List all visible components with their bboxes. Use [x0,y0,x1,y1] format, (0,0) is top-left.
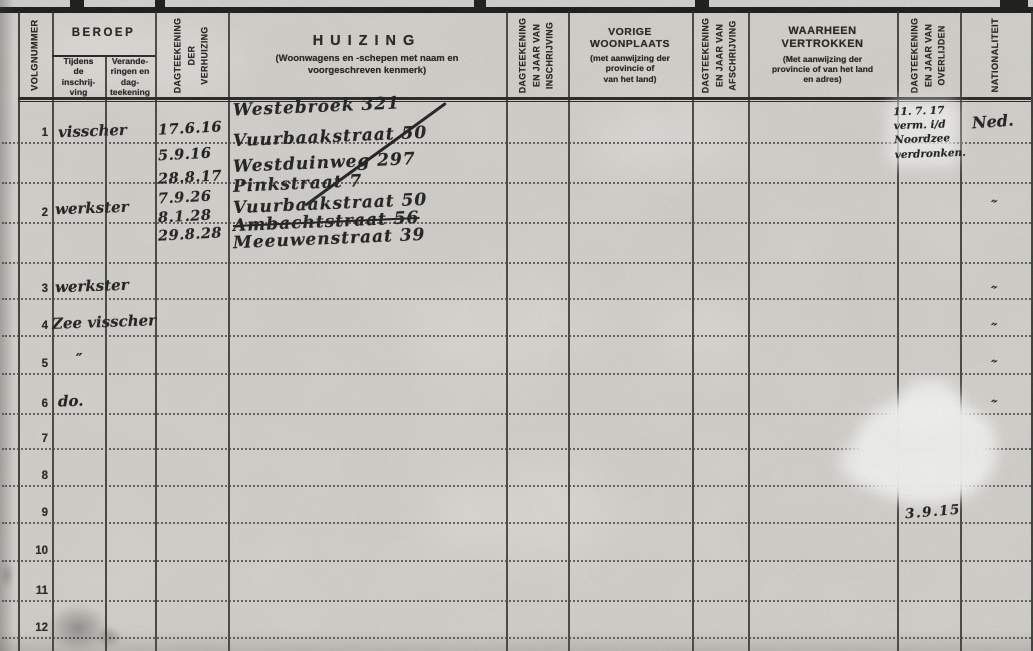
beroep-subheader-tijdens: Tijdens de inschrij- ving [52,56,105,97]
header-bottom-rule-thin [18,101,1031,102]
nationality-ditto-mark: ″ [988,397,998,414]
moving-date-entry: 8.1.28 [158,207,212,227]
beroep-entry: Zee visscher [52,311,157,333]
col-header-verhuizing-label: DAGTEEKENING DER VERHUIZING [171,17,212,93]
row-number: 8 [20,470,48,482]
beroep-entry: ″ [76,350,83,368]
beroep-subheader-veranderingen-label: Verande- ringen en dag- teekening [110,56,150,97]
binder-tick [70,0,84,8]
row-rule-line [2,262,1031,264]
col-header-vorige-woonplaats: VORIGE WOONPLAATS (met aanwijzing der pr… [568,13,692,97]
row-number: 3 [20,283,48,295]
ink-smudge [96,626,122,648]
row-rule-line [2,222,1031,224]
row-number: 10 [20,545,48,557]
column-rule [506,11,508,651]
col-header-inschrijving-label: DAGTEEKENING EN JAAR VAN INSCHRIJVING [517,17,558,93]
row-number: 2 [20,207,48,219]
col-header-verhuizing: DAGTEEKENING DER VERHUIZING [155,13,228,97]
beroep-entry: werkster [55,198,129,219]
death-note: 11. 7. 17 verm. i/d Noordzee verdronken. [893,103,966,162]
row-number: 9 [20,507,48,519]
row-rule-line [2,373,1031,375]
paper-light-patch [430,470,630,560]
col-header-nationaliteit-label: NATIONALITEIT [988,18,1002,92]
row-number: 11 [20,585,48,597]
binder-tick [474,0,486,8]
column-rule [568,11,570,651]
row-rule-line [2,600,1031,602]
col-header-huizing: HUIZING (Woonwagens en -schepen met naam… [228,13,506,97]
col-header-overlijden-label: DAGTEEKENING EN JAAR VAN OVERLIJDEN [908,17,949,93]
row-rule-line [2,560,1031,562]
row-number: 4 [20,320,48,332]
nationality-ditto-mark: ″ [988,357,998,374]
binder-tick [155,0,165,7]
beroep-entry: visscher [58,121,127,141]
row-number: 6 [20,398,48,410]
page-edge-shadow [0,0,14,651]
col-header-inschrijving: DAGTEEKENING EN JAAR VAN INSCHRIJVING [506,13,568,97]
row-number: 12 [20,622,48,634]
moving-date-entry: 28.8.17 [158,167,223,187]
row-rule-line [2,142,1031,144]
col-header-huizing-sub: (Woonwagens en -schepen met naam en voor… [275,53,458,77]
death-date-entry: 3.9.15 [904,502,961,523]
col-header-overlijden: DAGTEEKENING EN JAAR VAN OVERLIJDEN [897,13,960,97]
col-header-afschrijving: DAGTEEKENING EN JAAR VAN AFSCHRIJVING [692,13,748,97]
binder-tick [695,0,709,9]
ink-smudge [0,560,14,590]
binder-tick [1000,0,1028,9]
beroep-entry: do. [58,392,84,411]
col-header-volgnummer: VOLGNUMMER [18,13,52,97]
col-header-vorige-woonplaats-label: VORIGE WOONPLAATS [590,26,670,50]
white-out-blob [840,440,900,485]
col-header-nationaliteit: NATIONALITEIT [960,13,1031,97]
row-rule-line [2,637,1031,639]
col-header-afschrijving-label: DAGTEEKENING EN JAAR VAN AFSCHRIJVING [700,17,741,93]
col-header-waarheen-sub: (Met aanwijzing der provincie of van het… [772,54,873,85]
col-header-waarheen: WAARHEEN VERTROKKEN (Met aanwijzing der … [748,13,897,97]
moving-date-entry: 7.9.26 [158,188,212,208]
scanned-register-page: 123456789101112 VOLGNUMMER BEROEP Tijden… [0,0,1033,651]
row-rule-line [2,335,1031,337]
row-number: 5 [20,358,48,370]
column-rule [228,11,230,651]
col-header-volgnummer-label: VOLGNUMMER [28,19,42,90]
column-rule [748,11,750,651]
beroep-entry: werkster [55,276,129,297]
row-rule-line [2,298,1031,300]
white-out-blob [900,380,960,430]
moving-date-entry: 17.6.16 [158,118,223,138]
paper-light-patch [400,280,590,370]
paper-light-patch [590,100,740,170]
col-header-huizing-label: HUIZING [313,33,422,49]
col-header-vorige-woonplaats-sub: (met aanwijzing der provincie of van het… [590,53,670,84]
column-rule [155,11,157,651]
header-bottom-rule [18,97,1031,100]
nationality-ditto-mark: ″ [988,197,998,214]
paper-light-patch [660,300,750,360]
row-number: 1 [20,127,48,139]
row-rule-line [2,522,1031,524]
beroep-subheader-tijdens-label: Tijdens de inschrij- ving [62,56,95,97]
nationality-entry: Ned. [971,111,1014,133]
row-number: 7 [20,433,48,445]
col-header-beroep: BEROEP [52,13,155,53]
column-rule [692,11,694,651]
moving-date-entry: 29.8.28 [158,224,223,244]
col-header-beroep-label: BEROEP [72,27,136,39]
col-header-waarheen-label: WAARHEEN VERTROKKEN [781,25,863,50]
row-rule-line [2,182,1031,184]
moving-date-entry: 5.9.16 [158,145,212,165]
beroep-subheader-veranderingen: Verande- ringen en dag- teekening [105,56,155,97]
